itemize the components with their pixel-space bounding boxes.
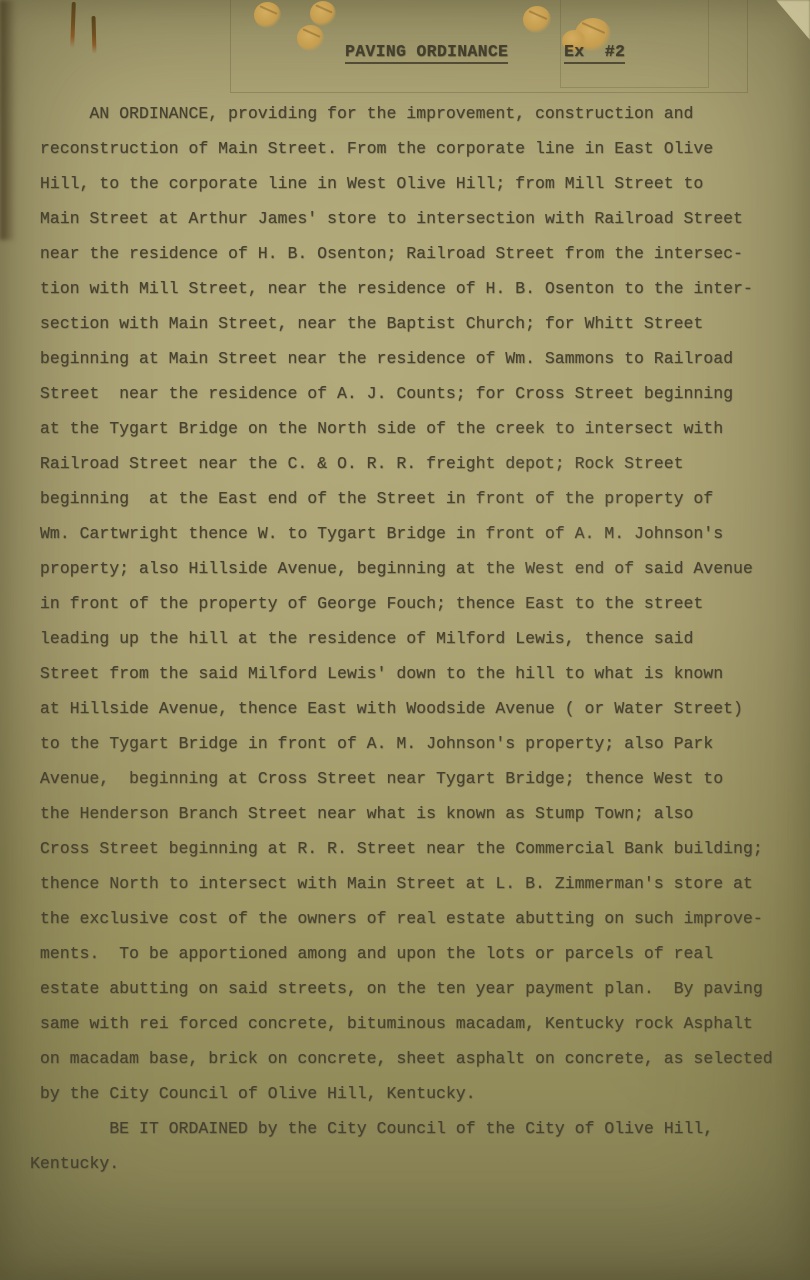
typed-line: near the residence of H. B. Osenton; Rai… <box>30 236 805 271</box>
typed-line: Railroad Street near the C. & O. R. R. f… <box>30 446 805 481</box>
typed-line: same with rei forced concrete, bituminou… <box>30 1006 805 1041</box>
typed-line: by the City Council of Olive Hill, Kentu… <box>30 1076 805 1111</box>
typed-line: in front of the property of George Fouch… <box>30 586 805 621</box>
typed-line: leading up the hill at the residence of … <box>30 621 805 656</box>
typed-line: ments. To be apportioned among and upon … <box>30 936 805 971</box>
page-corner-highlight <box>776 0 810 40</box>
typed-line: beginning at Main Street near the reside… <box>30 341 805 376</box>
typed-line: Hill, to the corporate line in West Oliv… <box>30 166 805 201</box>
typed-line: section with Main Street, near the Bapti… <box>30 306 805 341</box>
typed-line: property; also Hillside Avenue, beginnin… <box>30 551 805 586</box>
typed-line: AN ORDINANCE, providing for the improvem… <box>30 96 805 131</box>
typed-line: reconstruction of Main Street. From the … <box>30 131 805 166</box>
typed-line: the exclusive cost of the owners of real… <box>30 901 805 936</box>
typed-line: Street near the residence of A. J. Count… <box>30 376 805 411</box>
scanned-document-page: PAVING ORDINANCE Ex #2 AN ORDINANCE, pro… <box>0 0 810 1280</box>
typed-line: to the Tygart Bridge in front of A. M. J… <box>30 726 805 761</box>
typed-line: estate abutting on said streets, on the … <box>30 971 805 1006</box>
fastener-stain <box>254 2 281 28</box>
fastener-stain <box>523 6 551 33</box>
typed-line: Avenue, beginning at Cross Street near T… <box>30 761 805 796</box>
fastener-stain <box>310 1 336 26</box>
page-edge-shadow <box>0 0 16 240</box>
document-title: PAVING ORDINANCE <box>345 42 508 64</box>
typed-line: Cross Street beginning at R. R. Street n… <box>30 831 805 866</box>
typed-line: the Henderson Branch Street near what is… <box>30 796 805 831</box>
typed-line: at Hillside Avenue, thence East with Woo… <box>30 691 805 726</box>
document-header: PAVING ORDINANCE Ex #2 <box>0 42 810 68</box>
typed-line: on macadam base, brick on concrete, shee… <box>30 1041 805 1076</box>
exhibit-number-label: Ex #2 <box>564 42 625 64</box>
typed-line: Wm. Cartwright thence W. to Tygart Bridg… <box>30 516 805 551</box>
typed-line: beginning at the East end of the Street … <box>30 481 805 516</box>
typed-line: Street from the said Milford Lewis' down… <box>30 656 805 691</box>
typed-line: BE IT ORDAINED by the City Council of th… <box>30 1111 805 1146</box>
ordinance-body-text: AN ORDINANCE, providing for the improvem… <box>30 96 805 1181</box>
typed-line: at the Tygart Bridge on the North side o… <box>30 411 805 446</box>
typed-line: Main Street at Arthur James' store to in… <box>30 201 805 236</box>
typed-line: thence North to intersect with Main Stre… <box>30 866 805 901</box>
typed-line: Kentucky. <box>30 1146 805 1181</box>
typed-line: tion with Mill Street, near the residenc… <box>30 271 805 306</box>
